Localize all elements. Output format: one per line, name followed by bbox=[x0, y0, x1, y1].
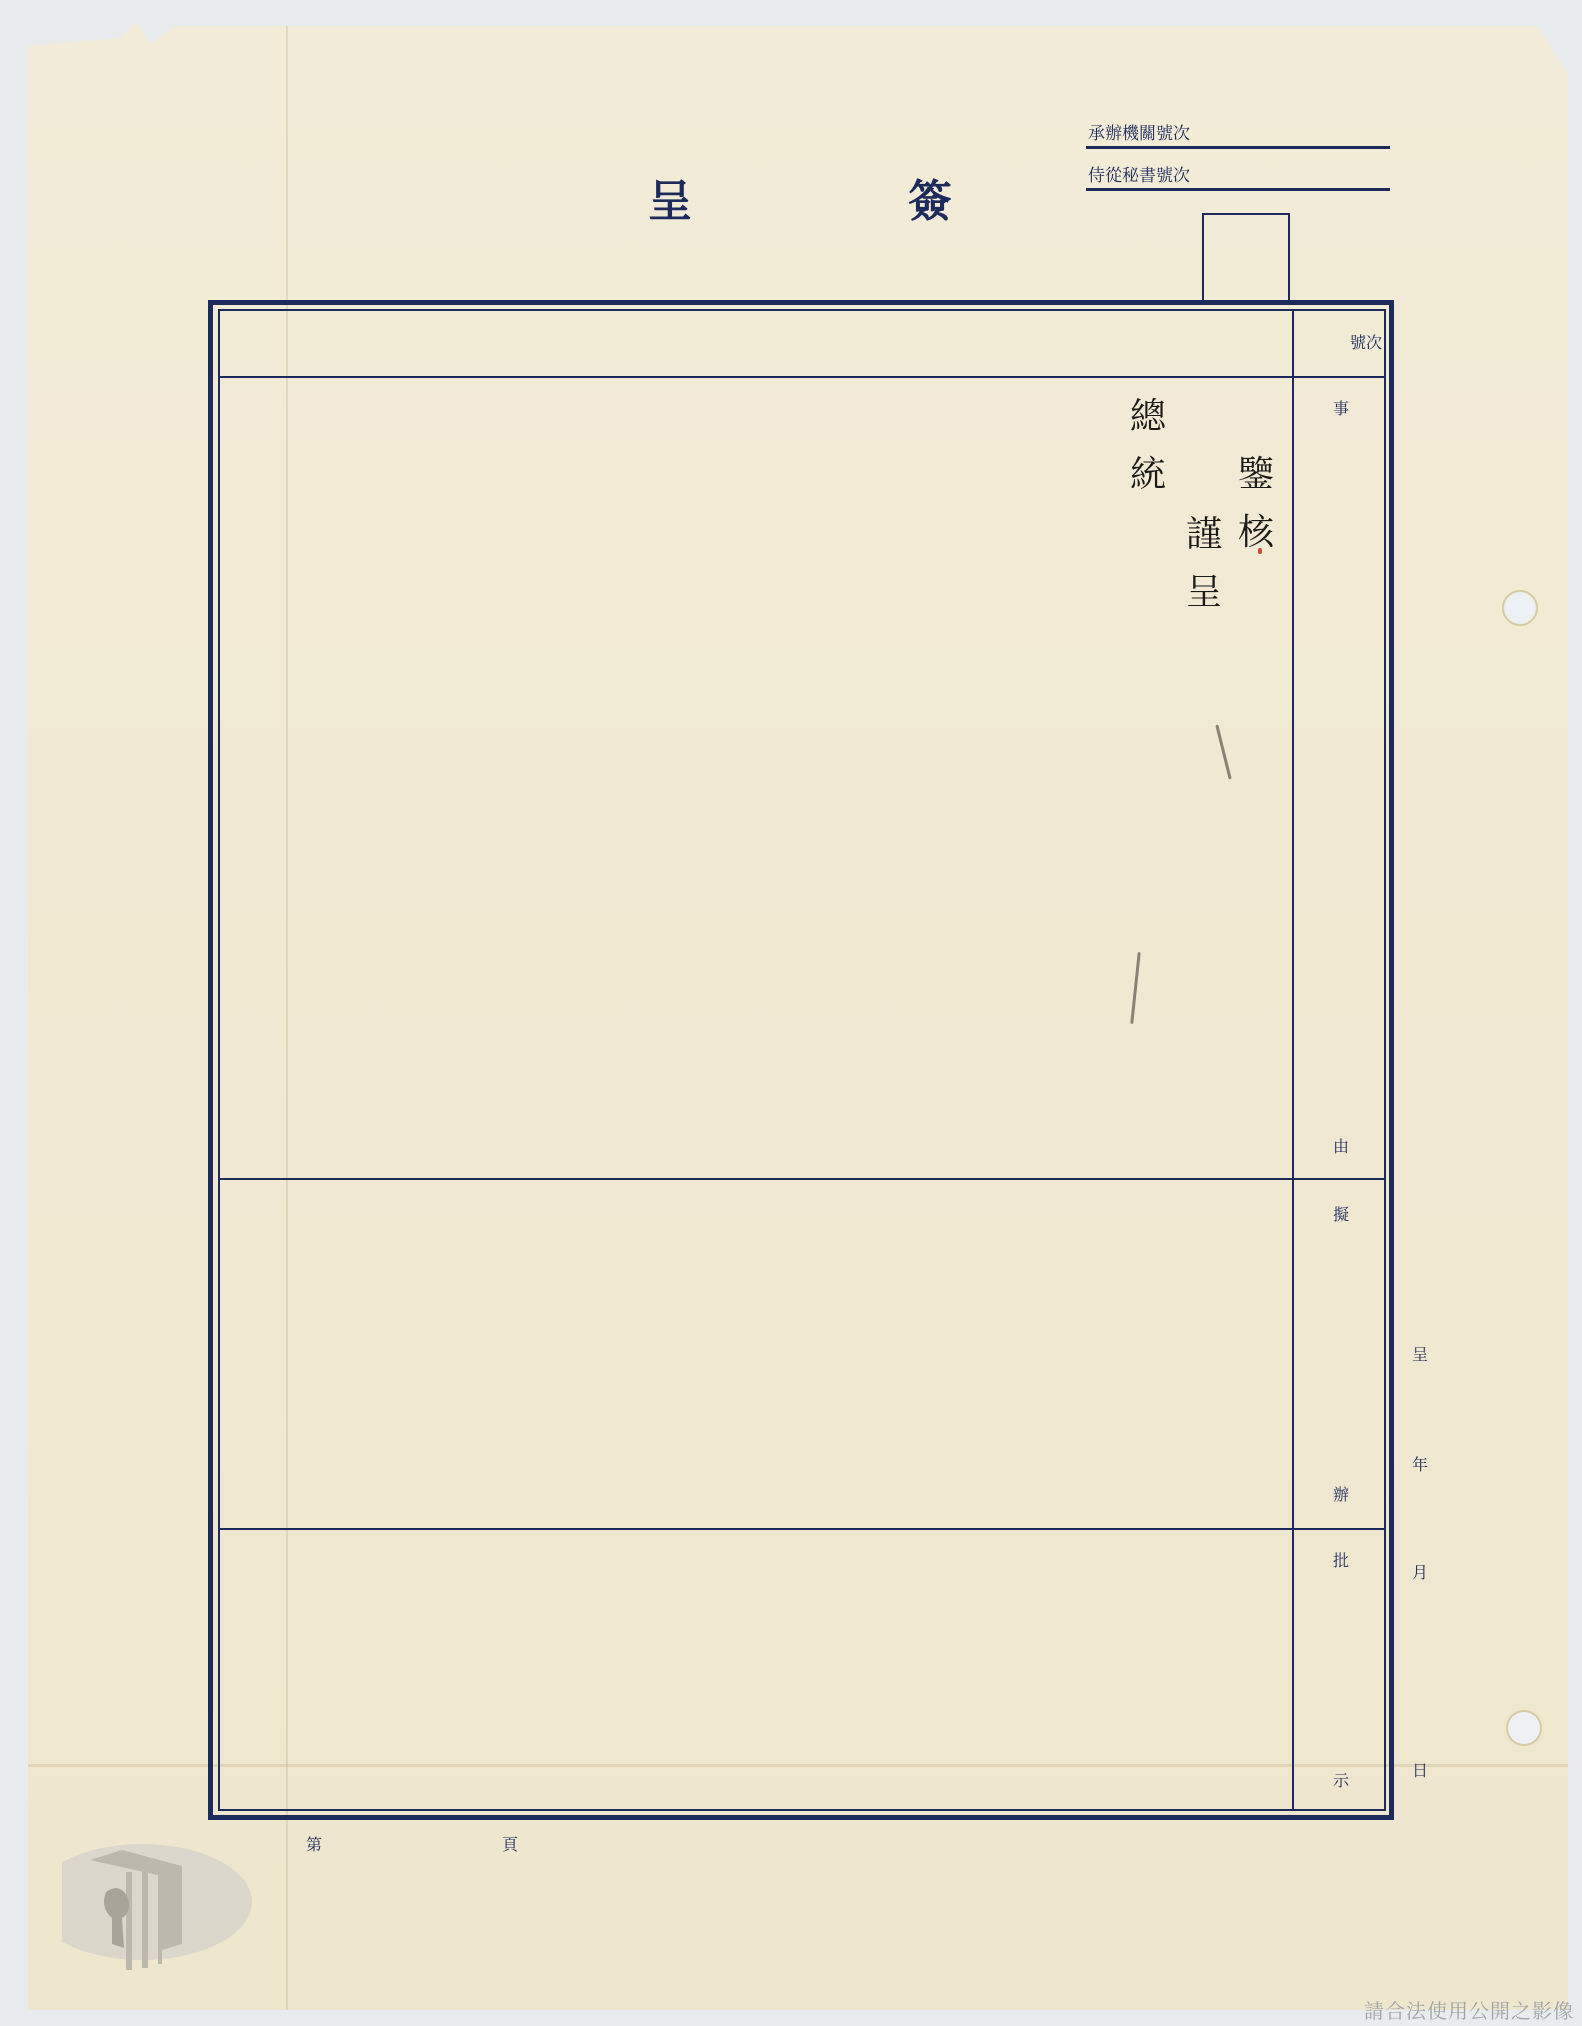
proposal-section-divider bbox=[220, 1528, 1384, 1530]
date-month: 月 bbox=[1412, 1560, 1428, 1583]
pencil-mark bbox=[1215, 724, 1231, 779]
subject-content-area[interactable]: 總 統 鑒 核 謹 呈 bbox=[222, 380, 1290, 1176]
handwritten-jin: 謹 bbox=[1186, 506, 1222, 557]
ref-field-label: 侍從秘書號次 bbox=[1088, 166, 1190, 186]
punch-hole-bottom bbox=[1508, 1712, 1540, 1744]
handwritten-tong: 統 bbox=[1130, 446, 1166, 497]
handwritten-he: 核 bbox=[1238, 504, 1274, 555]
instruction-content-area[interactable] bbox=[222, 1532, 1290, 1808]
ref-field-handling-agency[interactable]: 承辦機關號次 bbox=[1086, 122, 1390, 149]
date-prefix: 呈 bbox=[1412, 1342, 1428, 1365]
subject-section-divider bbox=[220, 1178, 1384, 1180]
ref-field-label: 承辦機關號次 bbox=[1088, 124, 1190, 144]
handwritten-zong: 總 bbox=[1130, 388, 1166, 439]
header-label: 號次 bbox=[1350, 330, 1382, 353]
title-char-qian: 簽 bbox=[908, 165, 952, 229]
section-proposal-label-bottom: 辦 bbox=[1333, 1482, 1349, 1505]
archive-logo-icon bbox=[62, 1832, 262, 1972]
handwritten-jian: 鑒 bbox=[1238, 446, 1274, 497]
usage-notice: 請合法使用公開之影像 bbox=[1364, 1995, 1574, 2024]
page-prefix: 第 bbox=[306, 1832, 322, 1855]
handwritten-cheng: 呈 bbox=[1186, 564, 1222, 615]
page-suffix: 頁 bbox=[502, 1832, 518, 1855]
number-stamp-box bbox=[1202, 213, 1290, 301]
section-proposal-label-top: 擬 bbox=[1333, 1202, 1349, 1225]
date-year: 年 bbox=[1412, 1452, 1428, 1475]
red-ink-mark bbox=[1258, 548, 1262, 554]
section-subject-label-top: 事 bbox=[1333, 396, 1349, 419]
label-column-divider bbox=[1292, 309, 1294, 1811]
title-char-cheng: 呈 bbox=[648, 165, 692, 229]
section-subject-label-bottom: 由 bbox=[1333, 1134, 1349, 1157]
proposal-content-area[interactable] bbox=[222, 1182, 1290, 1526]
header-row-divider bbox=[220, 376, 1384, 378]
date-day: 日 bbox=[1412, 1758, 1428, 1781]
section-instruction-label-bottom: 示 bbox=[1333, 1768, 1349, 1791]
ref-field-aide-secretary[interactable]: 侍從秘書號次 bbox=[1086, 164, 1390, 191]
punch-hole-top bbox=[1504, 592, 1536, 624]
section-instruction-label-top: 批 bbox=[1333, 1548, 1349, 1571]
pencil-mark bbox=[1130, 952, 1141, 1024]
